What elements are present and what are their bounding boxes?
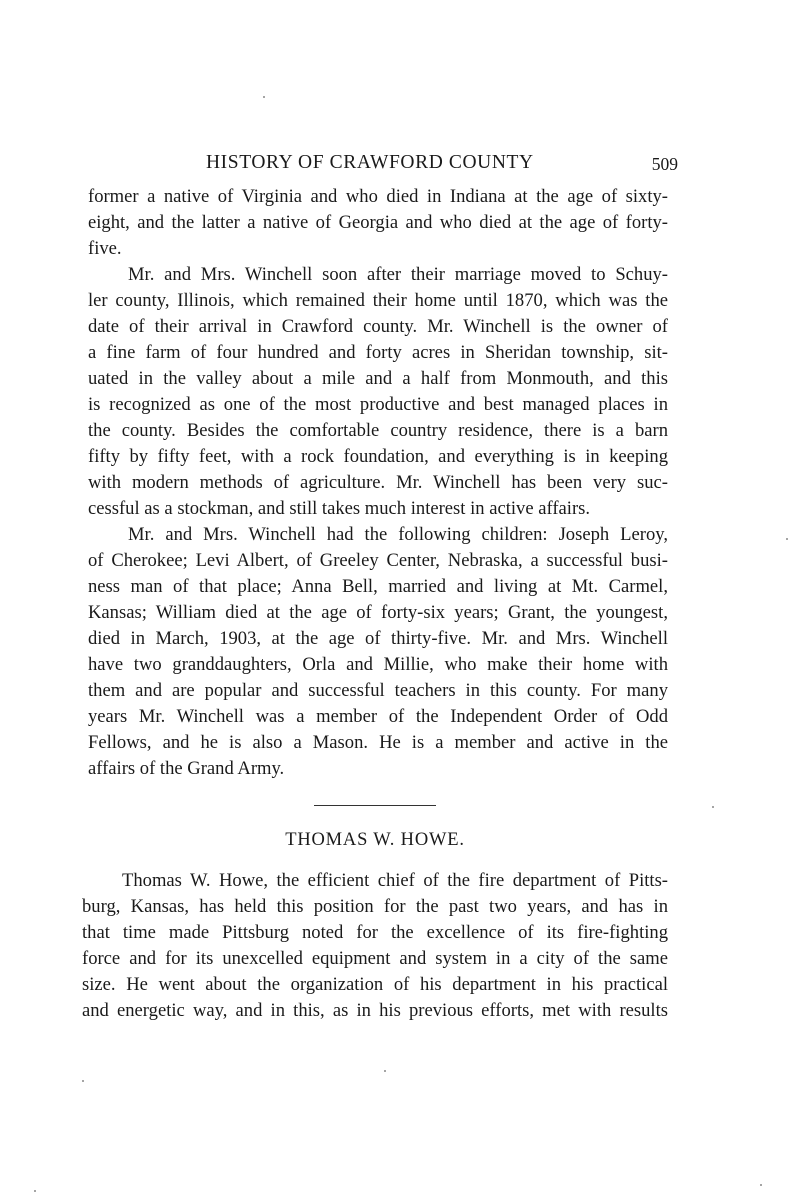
text-line: force and for its unexcelled equipment a…: [82, 946, 668, 972]
text-line: Mr. and Mrs. Winchell had the following …: [88, 522, 668, 548]
scan-speck: [384, 1070, 386, 1072]
text-line: Mr. and Mrs. Winchell soon after their m…: [88, 262, 668, 288]
scan-speck: [712, 806, 714, 808]
scan-speck: [82, 1080, 84, 1082]
text-line: eight, and the latter a native of Georgi…: [88, 210, 668, 236]
scan-speck: [760, 1184, 762, 1186]
text-line: died in March, 1903, at the age of thirt…: [88, 626, 668, 652]
text-line: a fine farm of four hundred and forty ac…: [88, 340, 668, 366]
section-winchell-text: former a native of Virginia and who died…: [88, 184, 668, 782]
paragraph: Mr. and Mrs. Winchell had the following …: [88, 522, 668, 782]
text-line: five.: [88, 236, 668, 262]
text-line: ler county, Illinois, which remained the…: [88, 288, 668, 314]
paragraph: Mr. and Mrs. Winchell soon after their m…: [88, 262, 668, 522]
text-line: cessful as a stockman, and still takes m…: [88, 496, 668, 522]
scan-speck: [34, 1190, 36, 1192]
text-line: fifty by fifty feet, with a rock foundat…: [88, 444, 668, 470]
section-divider: [314, 805, 436, 806]
text-line: and energetic way, and in this, as in hi…: [82, 998, 668, 1024]
text-line: with modern methods of agriculture. Mr. …: [88, 470, 668, 496]
text-line: Thomas W. Howe, the efficient chief of t…: [82, 868, 668, 894]
page-number: 509: [652, 154, 678, 175]
text-line: affairs of the Grand Army.: [88, 756, 668, 782]
text-line: burg, Kansas, has held this position for…: [82, 894, 668, 920]
paragraph: Thomas W. Howe, the efficient chief of t…: [82, 868, 668, 1024]
text-line: the county. Besides the comfortable coun…: [88, 418, 668, 444]
scan-speck: [263, 96, 265, 98]
text-line: them and are popular and successful teac…: [88, 678, 668, 704]
section-howe-text: Thomas W. Howe, the efficient chief of t…: [82, 868, 668, 1024]
page-header: HISTORY OF CRAWFORD COUNTY 509: [88, 152, 678, 176]
scan-speck: [786, 538, 788, 540]
text-line: uated in the valley about a mile and a h…: [88, 366, 668, 392]
paragraph: former a native of Virginia and who died…: [88, 184, 668, 262]
running-title: HISTORY OF CRAWFORD COUNTY: [206, 152, 534, 174]
text-line: former a native of Virginia and who died…: [88, 184, 668, 210]
text-line: is recognized as one of the most product…: [88, 392, 668, 418]
text-line: of Cherokee; Levi Albert, of Greeley Cen…: [88, 548, 668, 574]
text-line: size. He went about the organization of …: [82, 972, 668, 998]
text-line: date of their arrival in Crawford county…: [88, 314, 668, 340]
section-heading: THOMAS W. HOWE.: [0, 830, 750, 851]
text-line: that time made Pittsburg noted for the e…: [82, 920, 668, 946]
text-line: Fellows, and he is also a Mason. He is a…: [88, 730, 668, 756]
text-line: years Mr. Winchell was a member of the I…: [88, 704, 668, 730]
text-line: have two granddaughters, Orla and Millie…: [88, 652, 668, 678]
text-line: ness man of that place; Anna Bell, marri…: [88, 574, 668, 600]
text-line: Kansas; William died at the age of forty…: [88, 600, 668, 626]
